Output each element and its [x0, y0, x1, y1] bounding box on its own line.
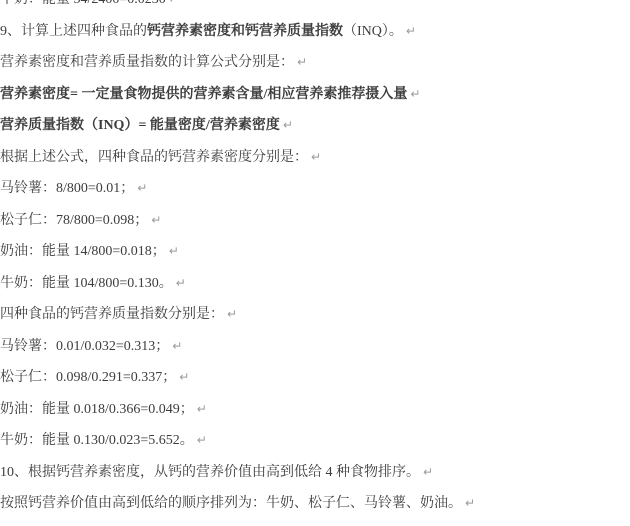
paragraph-mark-icon: ↵	[407, 87, 420, 101]
paragraph: 营养质量指数（INQ）= 能量密度/营养素密度↵	[0, 117, 630, 133]
text-run: 奶油：能量 0.018/0.366=0.049；	[0, 402, 194, 417]
paragraph-mark-icon: ↵	[280, 118, 293, 132]
text-run: 马铃薯：0.01/0.032=0.313；	[0, 339, 169, 354]
paragraph: 9、计算上述四种食品的钙营养素密度和钙营养质量指数（INQ）。↵	[0, 23, 630, 39]
paragraph-mark-icon: ↵	[166, 244, 179, 258]
paragraph-mark-icon: ↵	[148, 213, 161, 227]
text-run: 钙营养素密度和钙营养质量指数	[147, 24, 343, 39]
text-run: 9、计算上述四种食品的	[0, 24, 147, 39]
paragraph: 马铃薯：0.01/0.032=0.313；↵	[0, 338, 630, 354]
paragraph: 松子仁：78/800=0.098；↵	[0, 212, 630, 228]
paragraph: 牛奶：能量 0.130/0.023=5.652。↵	[0, 432, 630, 448]
paragraph-mark-icon: ↵	[176, 370, 189, 384]
text-run: 松子仁：0.098/0.291=0.337；	[0, 370, 176, 385]
paragraph-mark-icon: ↵	[462, 496, 475, 510]
document-body: 牛奶：能量 54/2400=0.0230↵9、计算上述四种食品的钙营养素密度和钙…	[0, 0, 630, 526]
text-run: 营养质量指数（INQ）= 能量密度/营养素密度	[0, 118, 280, 133]
text-run: 牛奶：能量 0.130/0.023=5.652。	[0, 433, 194, 448]
text-run: 按照钙营养价值由高到低给的顺序排列为：牛奶、松子仁、马铃薯、奶油。	[0, 496, 462, 511]
paragraph-mark-icon: ↵	[173, 276, 186, 290]
paragraph-mark-icon: ↵	[403, 24, 416, 38]
paragraph-mark-icon: ↵	[194, 433, 207, 447]
text-run: 马铃薯：8/800=0.01；	[0, 181, 134, 196]
paragraph: 10、根据钙营养素密度，从钙的营养价值由高到低给 4 种食物排序。↵	[0, 464, 630, 480]
paragraph: 根据上述公式，四种食品的钙营养素密度分别是：↵	[0, 149, 630, 165]
paragraph-mark-icon: ↵	[169, 339, 182, 353]
text-run: 四种食品的钙营养质量指数分别是：	[0, 307, 224, 322]
text-run: 松子仁：78/800=0.098；	[0, 213, 148, 228]
paragraph: 松子仁：0.098/0.291=0.337；↵	[0, 369, 630, 385]
document-page: 牛奶：能量 54/2400=0.0230↵9、计算上述四种食品的钙营养素密度和钙…	[0, 0, 630, 526]
paragraph-mark-icon: ↵	[224, 307, 237, 321]
text-run: 牛奶：能量 104/800=0.130。	[0, 276, 173, 291]
paragraph: 营养素密度= 一定量食物提供的营养素含量/相应营养素推荐摄入量↵	[0, 86, 630, 102]
paragraph: 牛奶：能量 104/800=0.130。↵	[0, 275, 630, 291]
paragraph-mark-icon: ↵	[134, 181, 147, 195]
paragraph: 马铃薯：8/800=0.01；↵	[0, 180, 630, 196]
paragraph: 营养素密度和营养质量指数的计算公式分别是：↵	[0, 54, 630, 70]
paragraph: 四种食品的钙营养质量指数分别是：↵	[0, 306, 630, 322]
text-run: 奶油：能量 14/800=0.018；	[0, 244, 166, 259]
paragraph-mark-icon: ↵	[166, 0, 179, 6]
paragraph-mark-icon: ↵	[420, 465, 433, 479]
paragraph: 牛奶：能量 54/2400=0.0230↵	[0, 0, 630, 7]
paragraph: 奶油：能量 0.018/0.366=0.049；↵	[0, 401, 630, 417]
text-run: （INQ）。	[343, 24, 403, 39]
text-run: 10、根据钙营养素密度，从钙的营养价值由高到低给 4 种食物排序。	[0, 465, 420, 480]
paragraph-mark-icon: ↵	[308, 150, 321, 164]
text-run: 营养素密度和营养质量指数的计算公式分别是：	[0, 55, 294, 70]
paragraph-mark-icon: ↵	[194, 402, 207, 416]
text-run: 根据上述公式，四种食品的钙营养素密度分别是：	[0, 150, 308, 165]
paragraph-mark-icon: ↵	[294, 55, 307, 69]
text-run: 牛奶：能量 54/2400=0.0230	[0, 0, 166, 7]
paragraph: 奶油：能量 14/800=0.018；↵	[0, 243, 630, 259]
text-run: 营养素密度= 一定量食物提供的营养素含量/相应营养素推荐摄入量	[0, 87, 407, 102]
paragraph: 按照钙营养价值由高到低给的顺序排列为：牛奶、松子仁、马铃薯、奶油。↵	[0, 495, 630, 511]
